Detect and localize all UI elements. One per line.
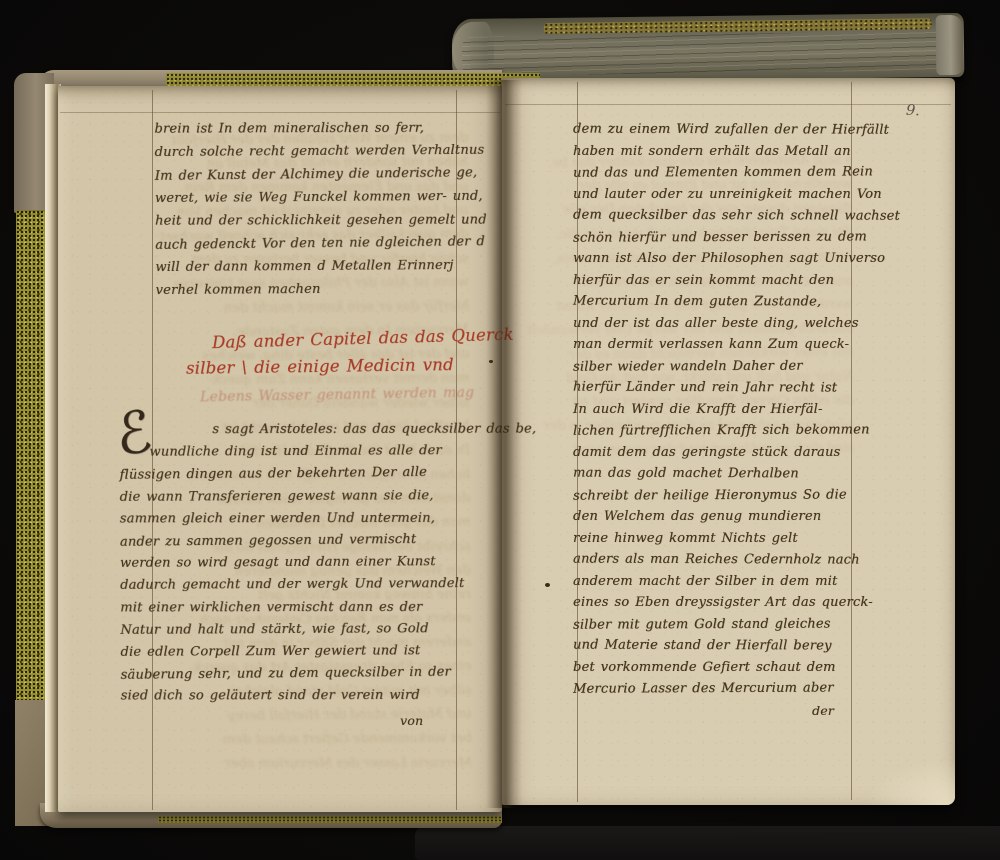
manuscript-line: reine hinweg kommt Nichts gelt bbox=[573, 528, 859, 550]
manuscript-line: flüssigen dingen aus der bekehrten Der a… bbox=[119, 462, 469, 488]
manuscript-line: hierfür Länder und rein Jahr recht ist bbox=[573, 377, 859, 399]
manuscript-line: brein ist In dem mineralischen so ferr, bbox=[154, 116, 466, 140]
ink-speck bbox=[545, 583, 550, 587]
manuscript-line: ander zu sammen gegossen und vermischt bbox=[120, 528, 470, 554]
left-page-body-paragraph: s sagt Aristoteles: das das quecksilber … bbox=[119, 418, 471, 708]
left-page-head-rule bbox=[60, 112, 500, 113]
manuscript-line: die edlen Corpell Zum Wer gewiert und is… bbox=[120, 640, 470, 664]
manuscript-line: man dermit verlassen kann Zum queck- bbox=[573, 334, 859, 356]
left-board-bottom-marbled-paper bbox=[158, 816, 502, 823]
manuscript-line: Mercurium In dem guten Zustande, bbox=[573, 291, 859, 313]
manuscript-line: anderem macht der Silber in dem mit bbox=[573, 571, 859, 593]
manuscript-line: man das gold machet Derhalben bbox=[573, 463, 859, 485]
manuscript-line: anders als man Reiches Cedernholz nach bbox=[573, 549, 859, 571]
manuscript-line: und lauter oder zu unreinigkeit machen V… bbox=[573, 184, 859, 206]
head-edge-leaf-lines bbox=[462, 31, 956, 76]
manuscript-line: schreibt der heilige Hieronymus So die bbox=[573, 484, 859, 507]
manuscript-line: sied dich so geläutert sind der verein w… bbox=[121, 685, 471, 708]
manuscript-line: die wann Transferieren gewest wann sie d… bbox=[120, 485, 470, 509]
right-page-head-rule bbox=[505, 104, 951, 105]
manuscript-photo: dem zu einem Wird zufallen der der Hierf… bbox=[0, 0, 1000, 860]
manuscript-line: heit und der schicklichkeit gesehen geme… bbox=[155, 208, 467, 232]
left-board-top-marbled-paper bbox=[166, 73, 540, 87]
manuscript-line: In auch Wird die Krafft der Hierfäl- bbox=[573, 399, 859, 421]
head-edge-board-cap bbox=[936, 15, 964, 75]
bottom-cover-board bbox=[415, 826, 1000, 860]
manuscript-line: und das und Elementen kommen dem Rein bbox=[573, 161, 859, 184]
manuscript-line: damit dem das geringste stück daraus bbox=[573, 442, 859, 464]
manuscript-line: lichen fürtrefflichen Krafft sich bekomm… bbox=[573, 419, 859, 442]
manuscript-line: schön hierfür und besser berissen zu dem bbox=[573, 226, 859, 249]
manuscript-line: und der ist das aller beste ding, welche… bbox=[573, 313, 859, 335]
manuscript-line: mit einer wirklichen vermischt dann es d… bbox=[120, 596, 470, 619]
manuscript-line: wundliche ding ist und Einmal es alle de… bbox=[149, 440, 469, 464]
manuscript-line: weret, wie sie Weg Funckel kommen wer- u… bbox=[155, 185, 467, 210]
manuscript-line: haben mit sondern erhält das Metall an bbox=[573, 141, 859, 163]
manuscript-line: säuberung sehr, und zu dem quecksilber i… bbox=[120, 662, 470, 688]
manuscript-line: den Welchem das genug mundieren bbox=[573, 506, 859, 528]
manuscript-line: dem quecksilber das sehr sich schnell wa… bbox=[573, 205, 859, 227]
right-page-body-paragraph: dem zu einem Wird zufallen der der Hierf… bbox=[573, 119, 859, 700]
right-page-catchword: der bbox=[812, 703, 834, 718]
manuscript-line: eines so Eben dreyssigster Art das querc… bbox=[573, 592, 859, 614]
left-page-opening-paragraph: brein ist In dem mineralischen so ferr,d… bbox=[154, 116, 467, 302]
manuscript-line: werden so wird gesagt und dann einer Kun… bbox=[120, 551, 470, 575]
manuscript-line: hierfür das er sein kommt macht den bbox=[573, 270, 859, 292]
manuscript-line: verhel kommen machen bbox=[155, 277, 467, 302]
manuscript-line: durch solche recht gemacht werden Verhal… bbox=[155, 139, 467, 164]
manuscript-line: dem zu einem Wird zufallen der der Hierf… bbox=[573, 119, 859, 141]
manuscript-line: Natur und halt und stärkt, wie fast, so … bbox=[120, 618, 470, 642]
ink-speck bbox=[489, 360, 493, 363]
manuscript-line: silber mit gutem Gold stand gleiches bbox=[573, 613, 859, 636]
manuscript-line: auch gedenckt Vor den ten nie dgleichen … bbox=[155, 230, 467, 257]
left-page-catchword: von bbox=[400, 713, 423, 728]
manuscript-line: und Materie stand der Hierfall berey bbox=[573, 635, 859, 657]
page-number: 9. bbox=[905, 103, 920, 120]
manuscript-line: bet vorkommende Gefiert schaut dem bbox=[573, 657, 859, 679]
manuscript-line: dadurch gemacht und der wergk Und verwan… bbox=[120, 574, 470, 598]
manuscript-line: silber wieder wandeln Daher der bbox=[573, 355, 859, 378]
manuscript-line: Im der Kunst der Alchimey die underische… bbox=[155, 161, 467, 188]
manuscript-line: sammen gleich einer werden Und untermein… bbox=[120, 508, 470, 531]
manuscript-line: wann ist Also der Philosophen sagt Unive… bbox=[573, 248, 859, 270]
manuscript-line: s sagt Aristoteles: das das quecksilber … bbox=[212, 419, 469, 442]
chapter-heading-line-2: silber \ die einige Medicin vnd bbox=[186, 355, 454, 378]
manuscript-line: will der dann kommen d Metallen Erinnerj bbox=[155, 254, 467, 279]
manuscript-line: Mercurio Lasser des Mercurium aber bbox=[573, 677, 859, 700]
